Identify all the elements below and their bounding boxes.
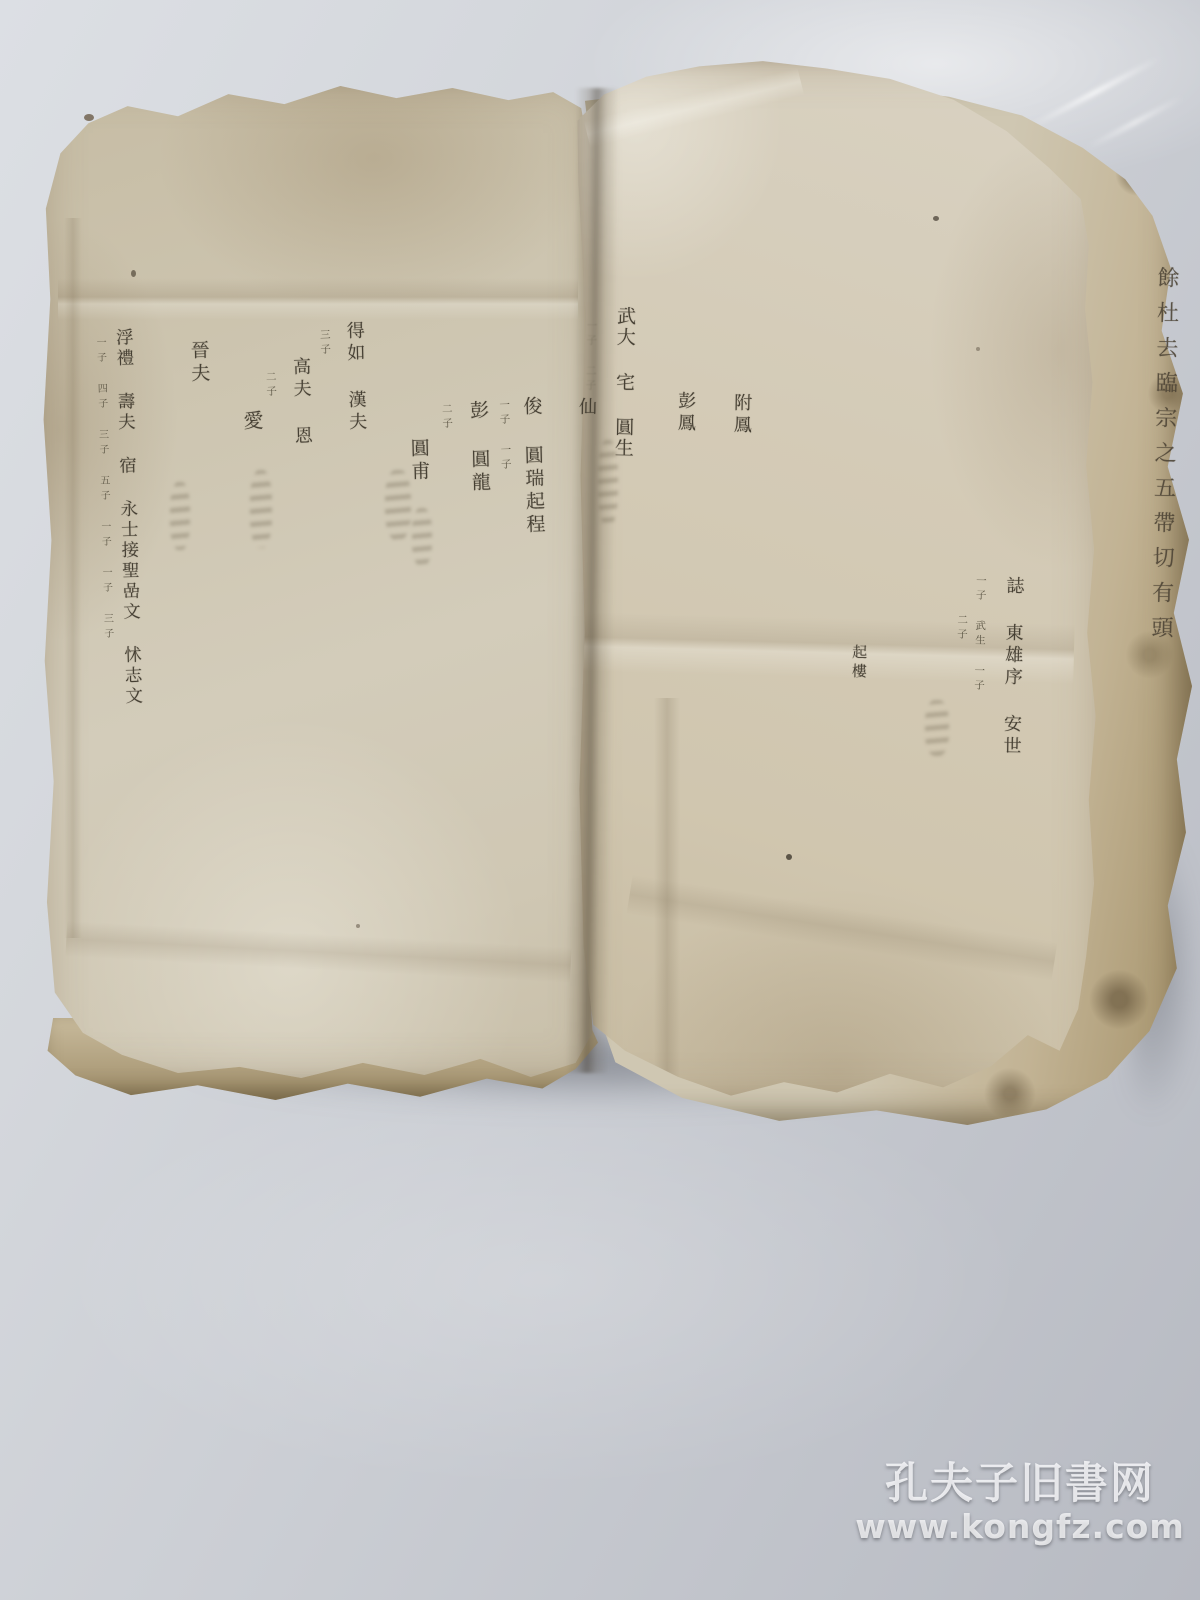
light-streak: [1085, 94, 1184, 150]
watermark-site-name: 孔夫子旧書网: [850, 1462, 1190, 1507]
manuscript-count-column: 二子: [955, 614, 971, 643]
ink-showthrough: [925, 700, 949, 756]
ink-showthrough: [250, 470, 272, 548]
ink-showthrough: [412, 508, 432, 566]
ink-showthrough: [170, 482, 190, 550]
foxing-speck: [786, 854, 792, 860]
manuscript-column: 武大 宅 圓生: [610, 306, 640, 459]
watermark: 孔夫子旧書网 www.kongfz.com: [850, 1462, 1190, 1543]
manuscript-column: 高夫 恩: [287, 357, 315, 449]
photo-of-antique-manuscript: 餘杜去臨宗之五帶切有頭 俊 圓瑞起程 一子 一子 彭 圓龍 二子 圓甫 得如 漢…: [0, 0, 1200, 1600]
foxing-speck: [356, 924, 360, 928]
crease-line: [64, 218, 82, 938]
foxing-speck: [131, 270, 136, 277]
foxing-speck: [976, 347, 980, 351]
manuscript-column: 誌 東雄序 安世: [997, 576, 1026, 758]
crease-line: [627, 875, 1058, 982]
manuscript-column: 晉夫: [185, 340, 213, 387]
foxing-speck: [933, 216, 939, 221]
manuscript-column: 得如 漢夫: [341, 321, 370, 435]
manuscript-column: 圓甫: [405, 438, 433, 485]
crease-line: [65, 921, 571, 983]
manuscript-column: 俊 圓瑞起程: [518, 396, 549, 538]
manuscript-count-column: 二子: [440, 403, 456, 432]
manuscript-column: 附鳳: [728, 393, 755, 437]
crease-line: [654, 698, 680, 1098]
manuscript-count-column: 二子: [264, 371, 280, 400]
manuscript-count-column: 一子 武生 一子: [972, 575, 989, 694]
watermark-site-url: www.kongfz.com: [850, 1510, 1190, 1543]
manuscript-count-column: 一子 一子: [497, 399, 514, 473]
manuscript-count-column: 一子 二子: [583, 320, 599, 394]
manuscript-column: 愛: [238, 410, 268, 435]
manuscript-column: 彭鳳: [672, 391, 699, 435]
crease-line: [58, 278, 578, 320]
manuscript-count-column: 三子: [318, 329, 334, 358]
manuscript-column: 仙: [573, 397, 599, 419]
manuscript-column: 起樓: [849, 644, 871, 682]
foxing-speck: [84, 114, 94, 121]
manuscript-column: 彭 圓龍: [465, 400, 494, 496]
